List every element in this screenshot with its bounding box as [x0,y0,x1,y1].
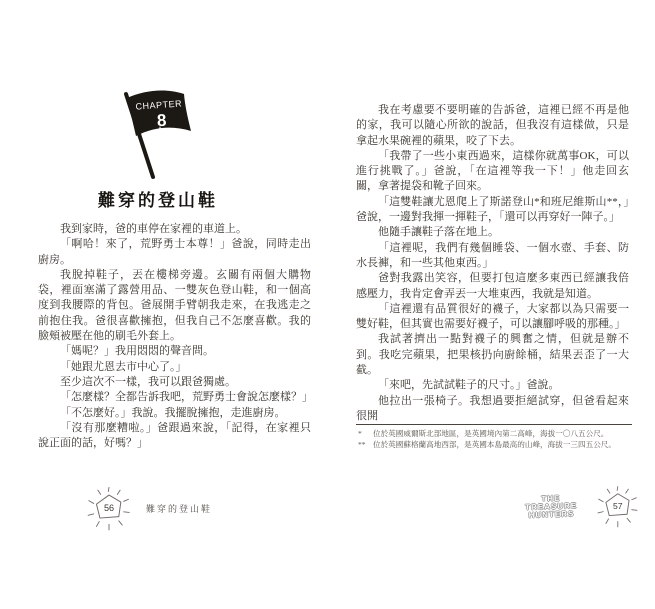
book-spread: CHAPTER 8 難穿的登山鞋 我到家時，爸的車停在家裡的車道上。 「啊哈！來… [0,0,655,609]
running-footer-left: 難穿的登山鞋 [146,502,212,515]
left-page-number: 56 [104,503,114,513]
left-page-footer: 56 難穿的登山鞋 [86,486,212,532]
footnote-text: 位於英國威爾斯北部地區，是英國境內第二高峰，海拔一〇八五公尺。 [373,429,632,440]
footnote-divider [356,424,632,425]
paragraph: 「媽呢？」我用悶悶的聲音問。 [38,344,311,359]
footnote-marker: * [356,429,373,440]
paragraph: 「啊哈！來了，荒野勇士本尊！」爸說，同時走出廚房。 [38,237,311,268]
paragraph: 我到家時，爸的車停在家裡的車道上。 [38,222,311,237]
chapter-flag-icon: CHAPTER 8 [112,88,204,184]
footnote-text: 位於英國蘇格蘭高地西部，是英國本島最高的山峰，海拔一三四五公尺。 [373,440,632,451]
sunburst-page-number-icon: 56 [86,486,132,532]
paragraph: 爸對我露出笑容，但要打包這麼多東西已經讓我倍感壓力，我肯定會弄丟一大堆東西，我就… [356,271,629,302]
footnote: ** 位於英國蘇格蘭高地西部，是英國本島最高的山峰，海拔一三四五公尺。 [356,440,632,451]
paragraph: 他隨手讓鞋子落在地上。 [356,225,629,240]
chapter-title: 難穿的登山鞋 [12,186,304,211]
right-page-footer: THE TREASURE HUNTERS 57 [516,484,640,530]
paragraph: 他拉出一張椅子。我想過要拒絕試穿，但爸看起來很開 [356,394,629,425]
paragraph: 至少這次不一樣，我可以跟爸獨處。 [38,375,311,390]
right-page: 我在考慮要不要明確的告訴爸，這裡已經不再是他的家，我可以隨心所欲的說話，但我沒有… [348,0,640,609]
sunburst-page-number-icon: 57 [596,484,640,530]
paragraph: 「這雙鞋讓尤恩爬上了斯諾登山*和班尼維斯山**，」爸說，一邊對我揮一揮鞋子，「還… [356,195,629,226]
paragraph: 「沒有那麼糟啦。」爸跟過來說，「記得，在家裡只說正面的話，好嗎？」 [38,421,311,452]
right-page-number: 57 [613,501,623,511]
paragraph: 「這裡呢，我們有幾個睡袋、一個水壺、手套、防水長褲，和一些其他東西。」 [356,241,629,272]
paragraph: 「她跟尤恩去市中心了。」 [38,360,311,375]
footnote-marker: ** [356,440,373,451]
left-page: CHAPTER 8 難穿的登山鞋 我到家時，爸的車停在家裡的車道上。 「啊哈！來… [30,0,322,609]
right-page-body-text: 我在考慮要不要明確的告訴爸，這裡已經不再是他的家，我可以隨心所欲的說話，但我沒有… [356,103,629,424]
paragraph: 「來吧，先試試鞋子的尺寸。」爸說。 [356,378,629,393]
chapter-flag-number: 8 [156,111,166,130]
paragraph: 「不怎麼好。」我說。我擺脫擁抱，走進廚房。 [38,406,311,421]
paragraph: 「這裡還有品質很好的襪子，大家都以為只需要一雙好鞋，但其實也需要好襪子，可以讓腳… [356,302,629,333]
chapter-header: CHAPTER 8 難穿的登山鞋 [30,88,322,211]
footnote-block: * 位於英國威爾斯北部地區，是英國境內第二高峰，海拔一〇八五公尺。 ** 位於英… [356,424,632,450]
footnote: * 位於英國威爾斯北部地區，是英國境內第二高峰，海拔一〇八五公尺。 [356,429,632,440]
left-page-body-text: 我到家時，爸的車停在家裡的車道上。 「啊哈！來了，荒野勇士本尊！」爸說，同時走出… [38,222,311,451]
paragraph: 我試著擠出一點對襪子的興奮之情，但就是辦不到。我吃完蘋果，把果核扔向廚餘桶，結果… [356,332,629,378]
running-footer-right: THE TREASURE HUNTERS [516,494,587,520]
paragraph: 我脫掉鞋子，丟在樓梯旁邊。玄關有兩個大購物袋，裡面塞滿了露營用品、一雙灰色登山鞋… [38,268,311,344]
paragraph: 「怎麼樣？全都告訴我吧，荒野勇士會說怎麼樣？」 [38,390,311,405]
paragraph: 「我帶了一些小東西過來，這樣你就萬事OK，可以進行挑戰了。」爸說，「在這裡等我一… [356,149,629,195]
paragraph: 我在考慮要不要明確的告訴爸，這裡已經不再是他的家，我可以隨心所欲的說話，但我沒有… [356,103,629,149]
